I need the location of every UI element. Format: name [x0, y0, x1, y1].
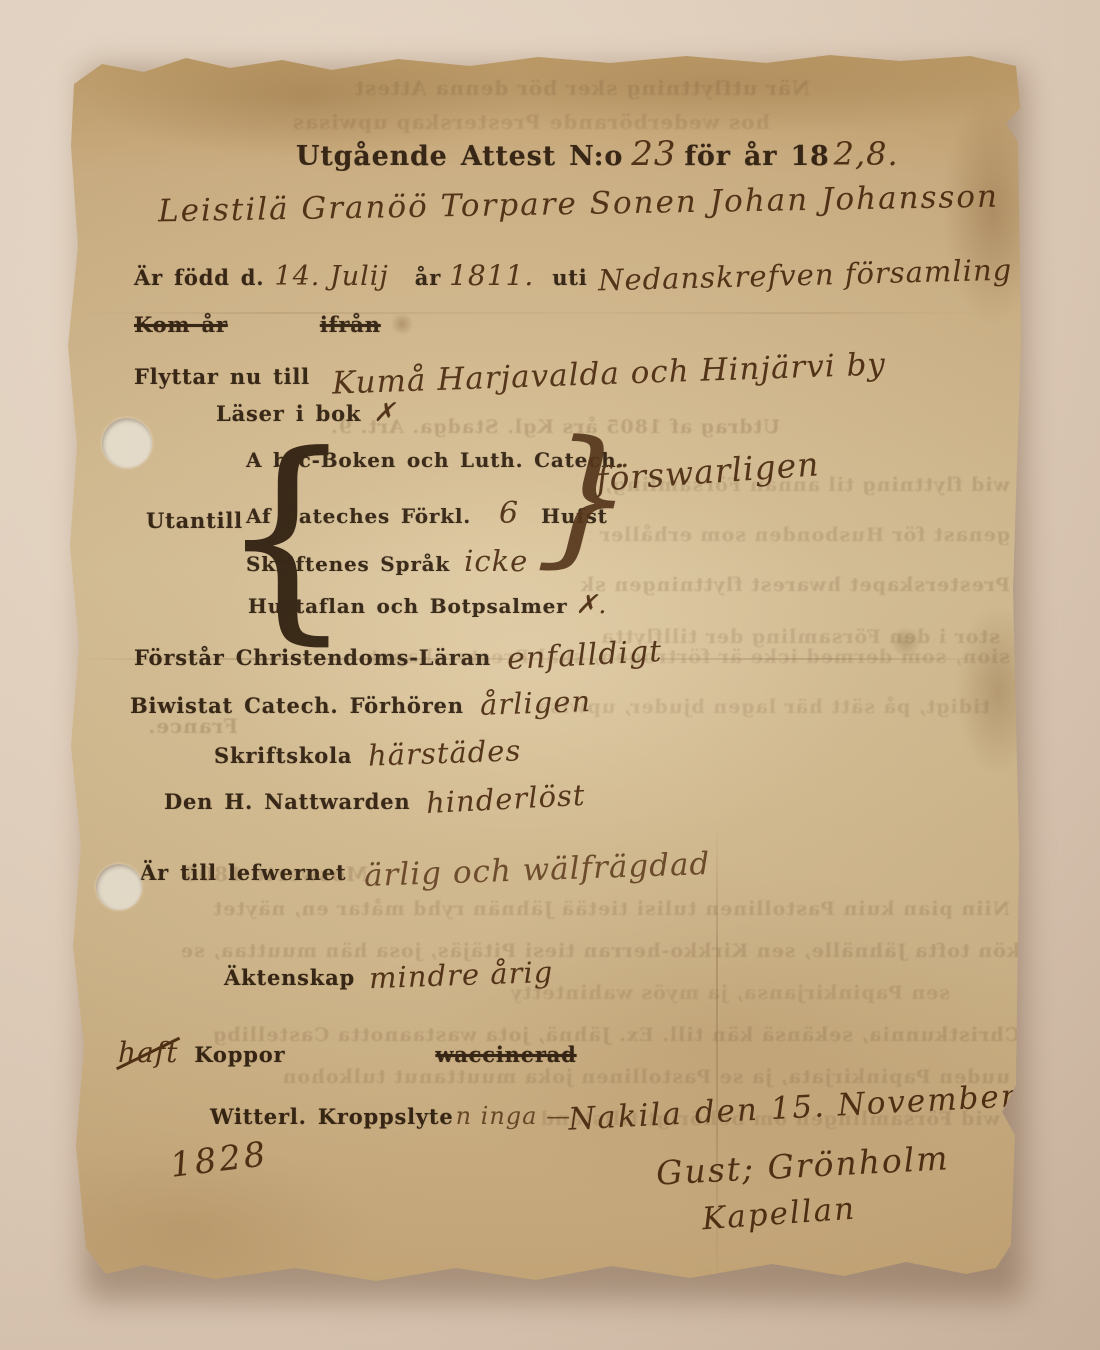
title-year-digits: 2,8.	[834, 135, 899, 173]
born-printed: Är född d.	[134, 265, 264, 290]
title-attest-number: 23	[631, 134, 676, 174]
understands-printed: Förstår Christendoms-Läran	[134, 645, 491, 670]
confirmation-school-line: Skriftskola härstädes	[214, 736, 522, 770]
came-printed-ifran: ifrån	[320, 312, 381, 337]
deformity-answer: n inga —	[456, 1102, 572, 1130]
moves-printed: Flyttar nu till	[134, 364, 310, 389]
attended-printed: Biwistat Catech. Förhören	[130, 693, 464, 718]
conduct-answer: ärlig och wälfrägdad	[364, 846, 711, 894]
utantill-line3-answer: icke	[464, 544, 528, 578]
understands-line: Förstår Christendoms-Läran enfalldigt	[134, 638, 662, 673]
signature-year: 1828	[168, 1134, 271, 1186]
marriage-printed: Äktenskap	[224, 965, 355, 990]
reads-mark: ✗	[373, 398, 396, 428]
attended-line: Biwistat Catech. Förhören årligen	[130, 686, 591, 720]
marriage-line: Äktenskap mindre årig	[224, 958, 553, 992]
signature-name: Gust; Grönholm	[655, 1138, 950, 1192]
punch-hole-top	[102, 418, 152, 468]
communion-printed: Den H. Nattwarden	[164, 789, 410, 814]
smallpox-printed: Koppor	[194, 1042, 285, 1067]
came-line: Kom år ifrån	[134, 312, 381, 337]
bleedthrough-line: När utflyttning sker bör denna Attest	[250, 76, 810, 100]
person-name-line: Leistilä Granöö Torpare Sonen Johan Joha…	[158, 179, 1000, 230]
born-uti-label: uti	[552, 265, 587, 290]
bleedthrough-line: Niin pian kuin Pastollinen tulisi tietää…	[190, 898, 1010, 920]
utantill-line2-number: 6	[499, 496, 519, 531]
utantill-line4-printed: Hustaflan och Botpsalmer	[248, 594, 568, 618]
signature-title: Kapellan	[701, 1191, 857, 1238]
document-paper: När utflyttning sker bör denna Attest ho…	[68, 50, 1023, 1290]
smallpox-line: haft Koppor waccinerad	[118, 1036, 577, 1069]
moves-line: Flyttar nu till Kumå Harjavalda och Hinj…	[134, 356, 886, 392]
communion-line: Den H. Nattwarden hinderlöst	[164, 782, 586, 816]
title-printed: Utgående Attest N:o	[296, 141, 623, 172]
smallpox-vaccinated-struck: waccinerad	[435, 1042, 576, 1067]
title-printed-year-prefix: för år 18	[684, 141, 829, 172]
conduct-line: Är till lefwernet ärlig och wälfrägdad	[140, 852, 711, 888]
punch-hole-bottom	[96, 864, 142, 910]
born-year-label: år	[415, 265, 441, 290]
utantill-line4-mark: ✗.	[576, 590, 608, 620]
communion-answer: hinderlöst	[426, 778, 587, 820]
born-parish: Nedanskrefven församling	[597, 253, 1012, 298]
bleedthrough-line: genast för Husbonden som erhåller ifrån	[590, 524, 1010, 546]
photo-background: När utflyttning sker bör denna Attest ho…	[0, 0, 1100, 1350]
utantill-line3-printed: Skriftenes Språk	[246, 552, 450, 576]
confirmation-school-printed: Skriftskola	[214, 743, 352, 768]
understands-grade: enfalldigt	[506, 634, 663, 677]
bleedthrough-line: hos wederbörande Presterskap upwisas	[290, 110, 770, 134]
came-printed-kom: Kom år	[134, 312, 228, 337]
marriage-answer: mindre årig	[369, 955, 554, 995]
confirmation-school-answer: härstädes	[368, 733, 522, 772]
bleedthrough-line: Presterskapet hwarest flyttningen sker, …	[580, 574, 1010, 596]
utantill-line3: Skriftenes Språk icke	[246, 544, 528, 578]
utantill-line4: Hustaflan och Botpsalmer ✗.	[248, 590, 608, 620]
born-year: 1811.	[449, 259, 534, 292]
moves-destination: Kumå Harjavalda och Hinjärvi by	[331, 346, 886, 401]
born-day: 14. Julij	[274, 261, 388, 292]
attended-answer: årligen	[479, 684, 591, 722]
born-line: Är född d. 14. Julij år 1811. uti Nedans…	[134, 258, 1012, 292]
deformity-printed: Witterl. Kroppslyte	[210, 1104, 454, 1129]
conduct-printed: Är till lefwernet	[140, 860, 346, 885]
title-line: Utgående Attest N:o 23 för år 18 2,8.	[296, 134, 899, 174]
utantill-line2-printed: Af Cateches Förkl.	[246, 504, 471, 528]
deformity-line: Witterl. Kroppslyte n inga —	[210, 1102, 571, 1130]
smallpox-haft: haft	[118, 1036, 178, 1069]
